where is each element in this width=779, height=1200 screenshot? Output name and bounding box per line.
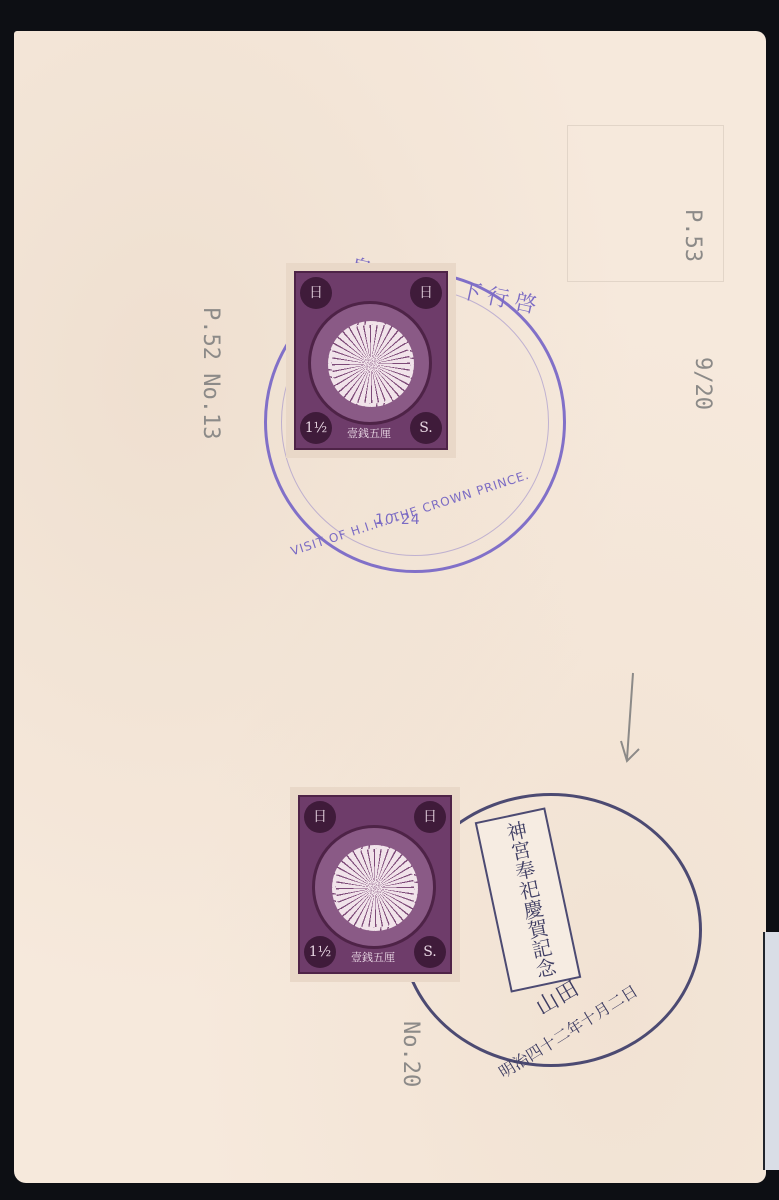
stamp-corner-br: S. [410, 412, 442, 444]
note-no20: No.20 [398, 1021, 423, 1087]
stamp-corner-tr: 日 [414, 801, 446, 833]
stamp-corner-tl: 日 [300, 277, 332, 309]
stamp-corner-tl: 日 [304, 801, 336, 833]
postcard: 皇太子殿下行啓紀念 VISIT OF H.I.H. THE CROWN PRIN… [14, 31, 766, 1183]
stamp-corner-bl: 1½ [304, 936, 336, 968]
note-p53: P.53 [680, 209, 705, 262]
chrysanthemum-icon [332, 845, 418, 931]
stamp-denomination: 壹銭五厘 [334, 425, 404, 441]
stamp-corner-br: S. [414, 936, 446, 968]
stamp-top: 日 日 1½ S. 壹銭五厘 [286, 263, 456, 458]
postmark-date: 10-24 [375, 512, 421, 528]
stamp-denomination: 壹銭五厘 [338, 949, 408, 965]
note-9-20: 9/20 [690, 357, 715, 410]
stamp-corner-bl: 1½ [300, 412, 332, 444]
sleeve-edge [763, 932, 779, 1170]
stamp-corner-tr: 日 [410, 277, 442, 309]
arrow-down-icon [619, 671, 641, 766]
chrysanthemum-icon [328, 321, 414, 407]
note-p52-no13: P.52 No.13 [198, 307, 223, 439]
stamp-bottom: 日 日 1½ S. 壹銭五厘 [290, 787, 460, 982]
